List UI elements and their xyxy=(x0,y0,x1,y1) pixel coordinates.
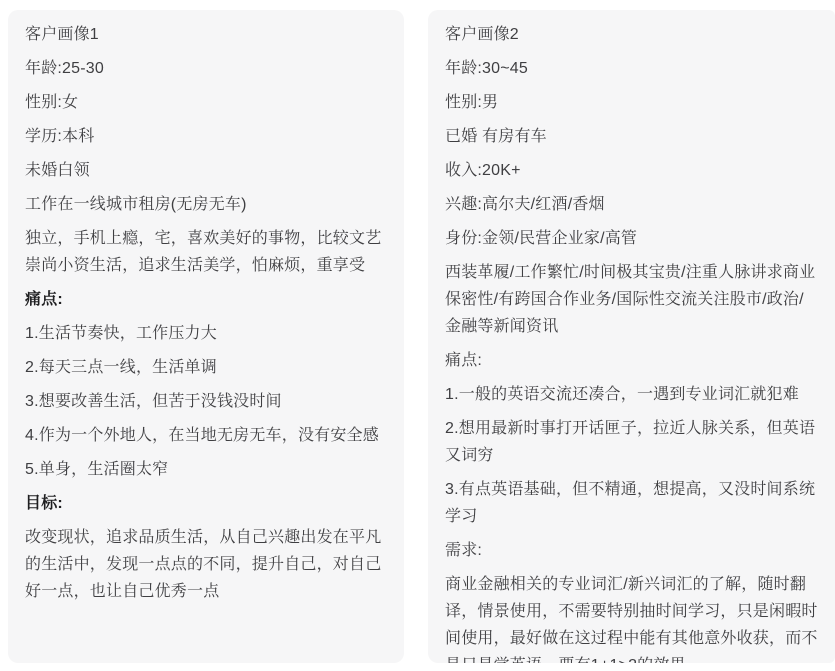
persona2-identity: 身份:金领/民营企业家/高管 xyxy=(445,225,818,252)
persona2-pain-item: 3.有点英语基础，但不精通，想提高，又没时间系统学习 xyxy=(445,476,818,530)
persona1-goal-text: 改变现状，追求品质生活，从自己兴趣出发在平凡的生活中，发现一点点的不同，提升自己… xyxy=(25,524,387,605)
persona2-pain-heading: 痛点: xyxy=(445,347,818,374)
persona1-gender: 性别:女 xyxy=(25,89,387,116)
persona2-card: 客户画像2 年龄:30~45 性别:男 已婚 有房有车 收入:20K+ 兴趣:高… xyxy=(428,10,835,663)
persona1-goal-heading: 目标: xyxy=(25,490,387,517)
persona2-interests: 兴趣:高尔夫/红酒/香烟 xyxy=(445,191,818,218)
persona1-pain-item: 3.想要改善生活，但苦于没钱没时间 xyxy=(25,388,387,415)
persona2-pain-item: 1.一般的英语交流还凑合，一遇到专业词汇就犯难 xyxy=(445,381,818,408)
persona1-marital-status: 未婚白领 xyxy=(25,157,387,184)
persona1-pain-heading: 痛点: xyxy=(25,286,387,313)
persona1-pain-item: 5.单身，生活圈太窄 xyxy=(25,456,387,483)
persona1-pain-item: 1.生活节奏快，工作压力大 xyxy=(25,320,387,347)
persona1-age: 年龄:25-30 xyxy=(25,55,387,82)
persona2-pain-item: 2.想用最新时事打开话匣子，拉近人脉关系，但英语又词穷 xyxy=(445,415,818,469)
persona1-title: 客户画像1 xyxy=(25,21,387,48)
persona2-marital-status: 已婚 有房有车 xyxy=(445,123,818,150)
persona2-gender: 性别:男 xyxy=(445,89,818,116)
persona1-card: 客户画像1 年龄:25-30 性别:女 学历:本科 未婚白领 工作在一线城市租房… xyxy=(8,10,404,663)
persona1-lifestyle: 独立，手机上瘾，宅，喜欢美好的事物，比较文艺崇尚小资生活，追求生活美学，怕麻烦，… xyxy=(25,225,387,279)
persona1-pain-item: 2.每天三点一线，生活单调 xyxy=(25,354,387,381)
persona2-age: 年龄:30~45 xyxy=(445,55,818,82)
persona-document: 客户画像1 年龄:25-30 性别:女 学历:本科 未婚白领 工作在一线城市租房… xyxy=(0,0,835,671)
persona2-title: 客户画像2 xyxy=(445,21,818,48)
persona1-pain-item: 4.作为一个外地人，在当地无房无车，没有安全感 xyxy=(25,422,387,449)
persona2-need-text: 商业金融相关的专业词汇/新兴词汇的了解，随时翻译，情景使用，不需要特别抽时间学习… xyxy=(445,571,818,663)
persona1-education: 学历:本科 xyxy=(25,123,387,150)
persona2-income: 收入:20K+ xyxy=(445,157,818,184)
persona2-need-heading: 需求: xyxy=(445,537,818,564)
persona2-lifestyle: 西装革履/工作繁忙/时间极其宝贵/注重人脉讲求商业保密性/有跨国合作业务/国际性… xyxy=(445,259,818,340)
persona1-work-housing: 工作在一线城市租房(无房无车) xyxy=(25,191,387,218)
